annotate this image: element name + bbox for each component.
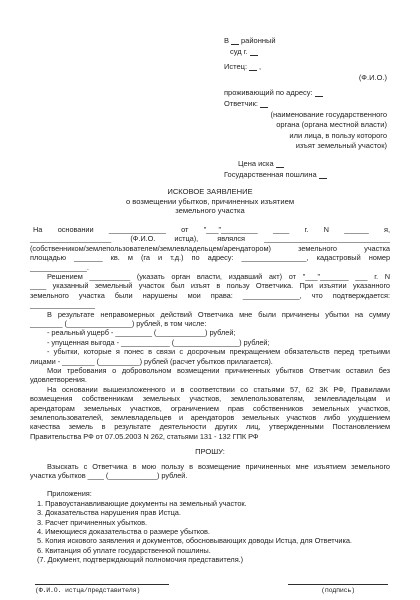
plaintiff-name-blank [249,70,257,71]
state-fee-label: Государственная пошлина [224,170,317,181]
attachment-item: 6. Квитанция об уплате государственной п… [37,546,390,555]
defendant-note-line-2: органа (органа местной власти) [224,120,390,131]
signature-row: (Ф.И.О. истца/представителя) (подпись) [30,576,390,595]
residing-address-blank [315,96,323,97]
claim-price-line: Цена иска [224,159,390,170]
text-line: На основании ______________ от "___"____… [30,225,390,234]
court-city-label: суд г. [230,47,248,58]
state-fee-blank [319,178,327,179]
court-city-line: суд г. [224,47,390,58]
text-line: Мои требования о добровольном возмещении… [30,366,390,375]
court-name-blank [231,44,239,45]
attachment-item: (7. Документ, подтверждающий полномочия … [37,555,390,564]
document-body: На основании ______________ от "___"____… [30,225,390,565]
text-line: В результате неправомерных действий Отве… [30,310,390,319]
attachment-item: 5. Копия искового заявления и документов… [37,536,390,545]
defendant-note-line-1: (наименование государственного [224,110,390,121]
court-city-blank [250,55,258,56]
title-line-1: ИСКОВОЕ ЗАЯВЛЕНИЕ [30,187,390,197]
text-line: удовлетворения. [30,375,390,384]
text-line: землепользователей, землевладельцев и ар… [30,413,390,422]
residing-address-line: проживающий по адресу: [224,88,390,99]
attachment-item: 3. Расчет причиненных убытков. [37,518,390,527]
title-line-3: земельного участка [30,206,390,216]
text-line: - реальный ущерб - _________ (__________… [30,328,390,337]
text-line: - упущенная выгода - ____________ (_____… [30,338,390,347]
document-title: ИСКОВОЕ ЗАЯВЛЕНИЕ о возмещении убытков, … [30,187,390,216]
claim-price-label: Цена иска [238,159,274,170]
text-line: ________________ [30,300,390,309]
attachment-item: 4. Имеющиеся доказательства о размере уб… [37,527,390,536]
text-line: лицами - ________ (__________) рублей (р… [30,357,390,366]
signature-sign-blank [288,576,388,585]
signature-sign-block: (подпись) [288,576,388,595]
plaintiff-label: Истец: [224,62,247,73]
defendant-line: Ответчик: [224,99,390,110]
text-line: ____________________ (Ф.И.О. истца), явл… [30,234,390,243]
attachments-heading: Приложения: [30,489,390,498]
text-line: ________ (________________) рублей, в то… [30,319,390,328]
document-page: В районный суд г. Истец: , (Ф.И.О.) прож… [0,0,420,600]
signature-name-blank [35,576,169,585]
text-line: (собственником/землепользователем/землев… [30,244,390,253]
attachments-list: 1. Правоустанавливающие документы на зем… [37,499,390,565]
text-line: Взыскать с Ответчика в мою пользу в возм… [30,462,390,471]
text-line: Решением __________ (указать орган власт… [30,272,390,281]
text-line: участка убытков ____ (____________) рубл… [30,471,390,480]
plaintiff-comma: , [259,62,261,73]
title-line-2: о возмещении убытков, причиненных изъяти… [30,197,390,207]
text-line: ____ указанный земельный участок был изъ… [30,281,390,290]
residing-label: проживающий по адресу: [224,88,313,99]
state-fee-line: Государственная пошлина [224,170,390,181]
text-line: земельного участка были нарушены мои пра… [30,291,390,300]
request-heading: ПРОШУ: [30,447,390,456]
attachment-item: 3. Доказательства нарушения прав Истца. [37,508,390,517]
court-header-block: В районный суд г. Истец: , (Ф.И.О.) прож… [224,36,390,180]
text-line: - убытки, которые я понес в связи с доср… [30,347,390,356]
plaintiff-note: (Ф.И.О.) [224,73,390,84]
court-name-line: В районный [224,36,390,47]
signature-sign-note: (подпись) [288,586,388,595]
text-line: возмещения собственникам земельных участ… [30,394,390,403]
text-line: На основании вышеизложенного и в соответ… [30,385,390,394]
defendant-note-line-4: изъят земельный участок) [224,141,390,152]
text-line: площадью _______ кв. м (га и т.д.) по ад… [30,253,390,262]
court-prefix: В [224,36,229,47]
signature-name-note: (Ф.И.О. истца/представителя) [35,586,169,595]
text-line: качества земель в результате деятельност… [30,422,390,431]
text-line: ______________. [30,263,390,272]
text-line: арендаторам земельных участков, ограниче… [30,404,390,413]
claim-price-blank [276,167,284,168]
attachment-item: 1. Правоустанавливающие документы на зем… [37,499,390,508]
signature-name-block: (Ф.И.О. истца/представителя) [35,576,169,595]
text-line: Правительства РФ от 07.05.2003 N 262, ст… [30,432,390,441]
defendant-note-line-3: или лица, в пользу которого [224,131,390,142]
defendant-label: Ответчик: [224,99,258,110]
plaintiff-line: Истец: , [224,62,390,73]
court-suffix: районный [241,36,276,47]
defendant-name-blank [260,107,268,108]
